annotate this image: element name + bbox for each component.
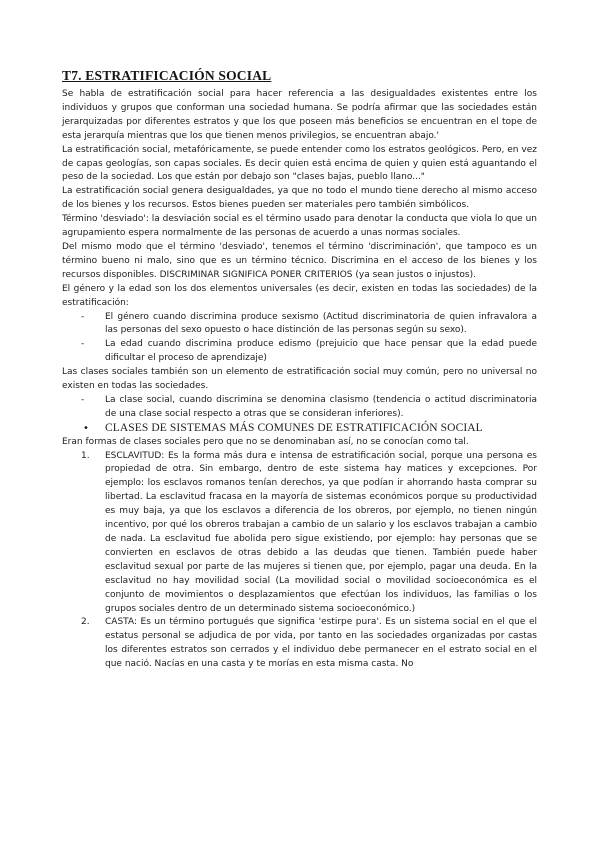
paragraph-metafora: La estratificación social, metafóricamen… xyxy=(62,144,537,186)
paragraph-desigualdades: La estratificación social genera desigua… xyxy=(62,185,537,213)
numbered-item-esclavitud-text: ESCLAVITUD: Es la forma más dura e inten… xyxy=(105,450,537,617)
numbered-item-esclavitud: 1. ESCLAVITUD: Es la forma más dura e in… xyxy=(62,450,537,617)
list-item-clase-social-text: La clase social, cuando discrimina se de… xyxy=(105,394,537,422)
bullet-icon: • xyxy=(83,422,105,436)
list-item-clase-social: - La clase social, cuando discrimina se … xyxy=(62,394,537,422)
dash-marker: - xyxy=(81,311,105,339)
number-marker: 1. xyxy=(81,450,105,617)
paragraph-termino-desviado: Término 'desviado': la desviación social… xyxy=(62,213,537,241)
list-item-genero-text: El género cuando discrimina produce sexi… xyxy=(105,311,537,339)
numbered-item-casta: 2. CASTA: Es un término portugués que si… xyxy=(62,616,537,672)
number-marker: 2. xyxy=(81,616,105,672)
paragraph-eran-formas: Eran formas de clases sociales pero que … xyxy=(62,436,537,450)
dash-marker: - xyxy=(81,394,105,422)
paragraph-clases-sociales: Las clases sociales también son un eleme… xyxy=(62,366,537,394)
list-item-edad-text: La edad cuando discrimina produce edismo… xyxy=(105,338,537,366)
paragraph-intro: Se habla de estratificación social para … xyxy=(62,88,537,144)
section-heading-clases-sistemas: CLASES DE SISTEMAS MÁS COMUNES DE ESTRAT… xyxy=(105,422,483,436)
section-heading-row: • CLASES DE SISTEMAS MÁS COMUNES DE ESTR… xyxy=(62,422,537,436)
document-title: T7. ESTRATIFICACIÓN SOCIAL xyxy=(62,67,537,84)
paragraph-genero-edad: El género y la edad son los dos elemento… xyxy=(62,283,537,311)
document-page: T7. ESTRATIFICACIÓN SOCIAL Se habla de e… xyxy=(0,0,600,848)
list-item-genero: - El género cuando discrimina produce se… xyxy=(62,311,537,339)
dash-marker: - xyxy=(81,338,105,366)
numbered-item-casta-text: CASTA: Es un término portugués que signi… xyxy=(105,616,537,672)
list-item-edad: - La edad cuando discrimina produce edis… xyxy=(62,338,537,366)
paragraph-discriminacion: Del mismo modo que el término 'desviado'… xyxy=(62,241,537,283)
